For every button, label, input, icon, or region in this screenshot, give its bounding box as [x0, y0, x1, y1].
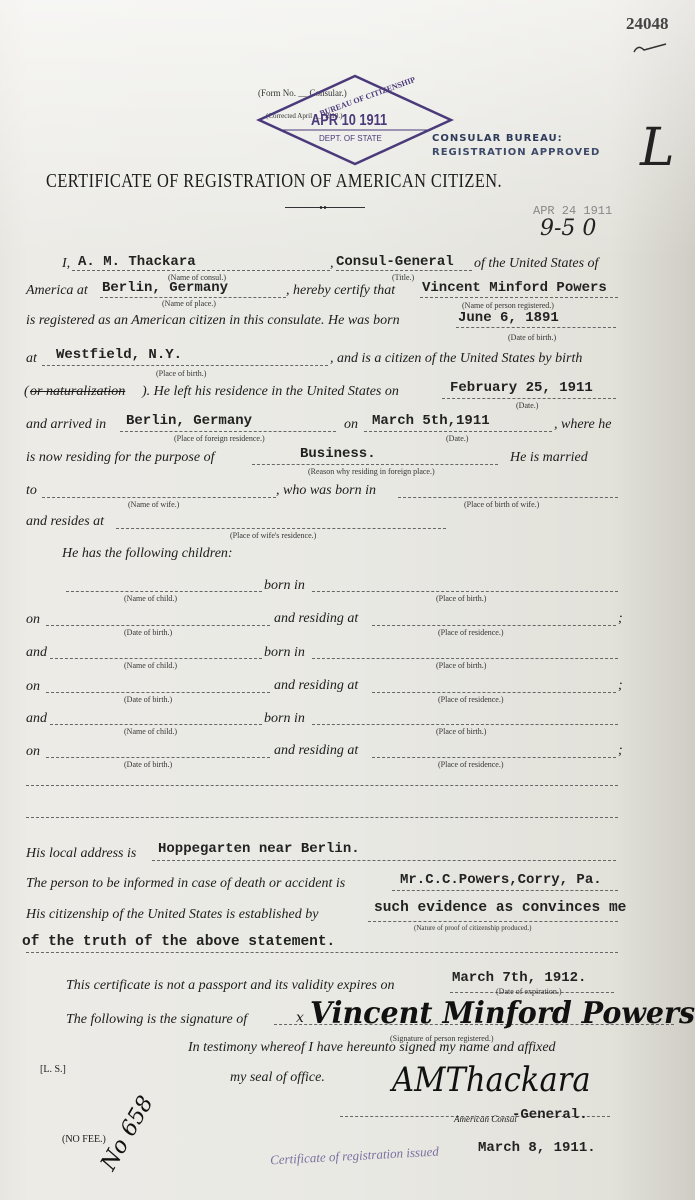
testimony-line2: my seal of office. [230, 1070, 325, 1086]
semicolon: ; [618, 743, 623, 759]
child3-name-label: (Name of child.) [124, 727, 177, 736]
local-address-field: Hoppegarten near Berlin. [158, 841, 360, 857]
consulate-place-label: (Name of place.) [162, 299, 216, 308]
no-fee-text: (NO FEE.) [62, 1134, 106, 1145]
expiry-text: This certificate is not a passport and i… [66, 978, 394, 994]
departure-date-field: February 25, 1911 [450, 380, 593, 396]
wife-birthplace-label: (Place of birth of wife.) [464, 500, 539, 509]
consul-title-label: (Title.) [392, 273, 414, 282]
child1-born-in: born in [264, 578, 305, 594]
citizenship-text: His citizenship of the United States is … [26, 907, 318, 923]
semicolon: ; [618, 678, 623, 694]
citizenship-proof-field: such evidence as convinces me [374, 900, 626, 916]
resides-at-text: and resides at [26, 514, 104, 530]
citizen-by-text: , and is a citizen of the United States … [330, 351, 582, 367]
child1-residing: and residing at [274, 611, 358, 627]
blank-line [26, 817, 618, 818]
issued-stamp: Certificate of registration issued [270, 1144, 439, 1169]
children-heading: He has the following children: [62, 546, 233, 562]
child2-born-in: born in [264, 645, 305, 661]
title-ornament-dots [319, 205, 327, 210]
expiry-date-field: March 7th, 1912. [452, 970, 586, 986]
registrant-signature: Vincent Minford Powers [310, 996, 695, 1031]
consul-signature: AMThackara [392, 1060, 591, 1100]
child3-residing: and residing at [274, 743, 358, 759]
child2-residing: and residing at [274, 678, 358, 694]
consul-title-field: Consul-General [336, 254, 454, 270]
open-paren: ( [24, 384, 29, 400]
child1-res-label: (Place of residence.) [438, 628, 504, 637]
struck-naturalization-text: or naturalization [30, 384, 125, 400]
stamp-date: APR 10 1911 [311, 112, 387, 130]
blank-line [26, 785, 618, 786]
consular-bureau-stamp-line1: CONSULAR BUREAU: [432, 133, 563, 144]
child2-on: on [26, 679, 40, 695]
consul-title-prefix: American Consul [454, 1114, 517, 1124]
left-residence-text: ). He left his residence in the United S… [142, 384, 399, 400]
arrival-place-field: Berlin, Germany [126, 413, 252, 429]
arrival-place-label: (Place of foreign residence.) [174, 434, 265, 443]
consul-name-field: A. M. Thackara [78, 254, 196, 270]
birth-place-field: Westfield, N.Y. [56, 347, 182, 363]
child3-pob-label: (Place of birth.) [436, 727, 486, 736]
america-at-text: America at [26, 283, 88, 299]
birth-date-field: June 6, 1891 [458, 310, 559, 326]
wife-name-label: (Name of wife.) [128, 500, 179, 509]
consulate-place-field: Berlin, Germany [102, 280, 228, 296]
registered-person-field: Vincent Minford Powers [422, 280, 607, 296]
comma: , [330, 256, 334, 272]
child3-dob-label: (Date of birth.) [124, 760, 172, 769]
child2-res-label: (Place of residence.) [438, 695, 504, 704]
departure-date-label: (Date.) [516, 401, 538, 410]
child1-pob-label: (Place of birth.) [436, 594, 486, 603]
child1-on: on [26, 612, 40, 628]
registered-text: is registered as an American citizen in … [26, 313, 400, 329]
intro-text: I, [62, 256, 70, 272]
local-address-text: His local address is [26, 846, 136, 862]
bureau-of-citizenship-stamp: BUREAU OF CITIZENSHIP APR 10 1911 DEPT. … [255, 72, 455, 168]
registered-person-label: (Name of person registered.) [462, 301, 554, 310]
married-text: He is married [510, 450, 588, 466]
birth-date-label: (Date of birth.) [508, 333, 556, 342]
stamp-dept-text: DEPT. OF STATE [319, 134, 382, 143]
arrival-date-field: March 5th,1911 [372, 413, 490, 429]
wife-residence-label: (Place of wife's residence.) [230, 531, 316, 540]
birth-place-label: (Place of birth.) [156, 369, 206, 378]
line1-tail: of the United States of [474, 256, 598, 272]
semicolon: ; [618, 611, 623, 627]
seal-marker: [L. S.] [40, 1064, 66, 1075]
child2-name-label: (Name of child.) [124, 661, 177, 670]
child3-born-in: born in [264, 711, 305, 727]
arrival-date-label: (Date.) [446, 434, 468, 443]
testimony-line1: In testimony whereof I have hereunto sig… [188, 1040, 556, 1056]
citizenship-proof-field-continued: of the truth of the above statement. [22, 934, 335, 950]
handwritten-code: 9-5 0 [540, 216, 596, 241]
consul-title-suffix: -General. [512, 1107, 588, 1123]
emergency-text: The person to be informed in case of dea… [26, 876, 345, 892]
purpose-text: is now residing for the purpose of [26, 450, 215, 466]
child1-dob-label: (Date of birth.) [124, 628, 172, 637]
purpose-field: Business. [300, 446, 376, 462]
wife-born-in-text: , who was born in [276, 483, 376, 499]
where-he-text: , where he [554, 417, 611, 433]
issued-date-field: March 8, 1911. [478, 1140, 596, 1156]
citizenship-proof-label: (Nature of proof of citizenship produced… [414, 924, 531, 932]
arrived-in-text: and arrived in [26, 417, 106, 433]
on-text: on [344, 417, 358, 433]
file-number: 24048 [626, 14, 669, 34]
child1-name-label: (Name of child.) [124, 594, 177, 603]
emergency-contact-field: Mr.C.C.Powers,Corry, Pa. [400, 872, 602, 888]
child3-res-label: (Place of residence.) [438, 760, 504, 769]
certify-text: , hereby certify that [286, 283, 395, 299]
child3-on: on [26, 744, 40, 760]
page-title: CERTIFICATE OF REGISTRATION OF AMERICAN … [46, 170, 502, 193]
child3-and: and [26, 711, 47, 727]
check-mark-icon [630, 40, 670, 56]
expiry-date-label: (Date of expiration.) [496, 987, 562, 996]
purpose-label: (Reason why residing in foreign place.) [308, 467, 435, 476]
signature-text: The following is the signature of [66, 1012, 247, 1028]
child2-pob-label: (Place of birth.) [436, 661, 486, 670]
consular-bureau-stamp-line2: REGISTRATION APPROVED [432, 147, 600, 158]
child2-and: and [26, 645, 47, 661]
at-text: at [26, 351, 37, 367]
to-text: to [26, 483, 37, 499]
child2-dob-label: (Date of birth.) [124, 695, 172, 704]
handwritten-mark: L [640, 118, 675, 178]
signature-x: x [296, 1010, 304, 1026]
